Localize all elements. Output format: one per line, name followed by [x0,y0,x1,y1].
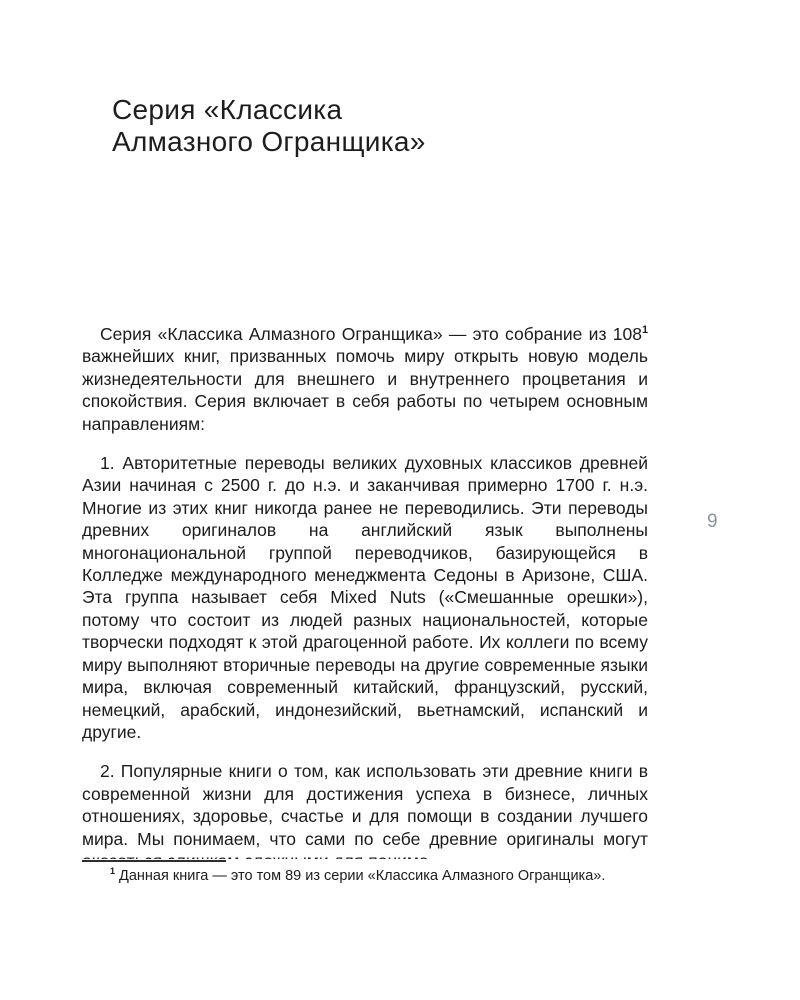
book-page: Серия «Классика Алмазного Огранщика» Сер… [0,0,800,1000]
paragraph-item-2: 2. Популярные книги о том, как использов… [82,760,648,859]
footnote: 1 Данная книга — это том 89 из серии «Кл… [82,867,650,885]
footnote-reference-marker: 1 [642,324,648,336]
paragraph-intro: Серия «Классика Алмазного Огранщика» — э… [82,323,648,435]
paragraph-item-1: 1. Авторитетные переводы великих духовны… [82,452,648,743]
footnote-text: Данная книга — это том 89 из серии «Клас… [115,868,605,884]
paragraph-intro-pre: Серия «Классика Алмазного Огранщика» — э… [100,324,642,344]
body-text-column: Серия «Классика Алмазного Огранщика» — э… [82,323,648,859]
page-title: Серия «Классика Алмазного Огранщика» [112,94,426,158]
page-title-line-2: Алмазного Огранщика» [112,126,426,158]
paragraph-intro-post: важнейших книг, призванных помочь миру о… [82,346,648,433]
page-title-line-1: Серия «Классика [112,94,426,126]
page-number: 9 [707,511,718,533]
footnote-separator-rule [82,860,226,862]
